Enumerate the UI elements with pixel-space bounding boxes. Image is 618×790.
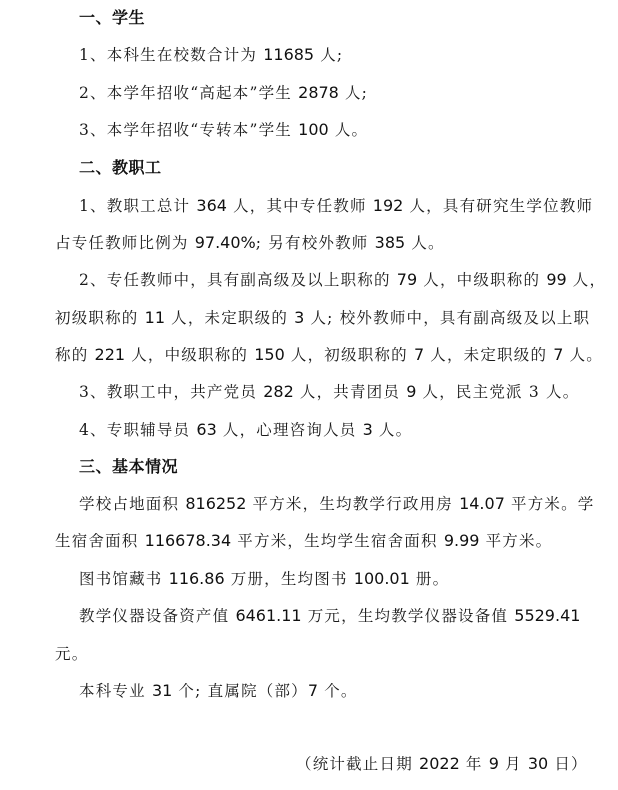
text: 日） [548, 755, 588, 773]
value-221: 221 [95, 345, 126, 364]
section-heading-staff: 二、教职工 [79, 158, 162, 178]
text: 册。 [410, 570, 450, 588]
paragraph-equipment-line1: 教学仪器设备资产值 6461.11 万元，生均教学仪器设备值 5529.41 [79, 606, 580, 626]
text: （统计截止日期 [296, 755, 419, 773]
text: 万册，生均图书 [225, 570, 354, 588]
text: 占专任教师比例为 [55, 234, 195, 252]
text: 人，民主党派 3 人。 [416, 383, 579, 401]
paragraph-campus-area-line1: 学校占地面积 816252 平方米，生均教学行政用房 14.07 平方米。学 [79, 494, 595, 514]
paragraph-party-members: 3、教职工中，共产党员 282 人，共青团员 9 人，民主党派 3 人。 [79, 382, 579, 402]
section-heading-basic-info: 三、基本情况 [79, 457, 178, 477]
paragraph-zhuanzhuanben: 3、本学年招收“专转本”学生 100 人。 [79, 120, 368, 140]
text: 本科专业 [79, 682, 152, 700]
paragraph-titles-line2: 初级职称的 11 人，未定职级的 3 人; 校外教师中，具有副高级及以上职 [55, 308, 590, 328]
text: 人。 [373, 421, 413, 439]
text: 个; 直属院（部） [172, 682, 308, 700]
text: 3、本学年招收“专转本”学生 [79, 121, 298, 139]
value-3: 3 [294, 308, 304, 327]
value-2878: 2878 [298, 83, 339, 102]
text: 教学仪器设备资产值 [79, 607, 235, 625]
text: 人。 [563, 346, 603, 364]
text: 个。 [318, 682, 358, 700]
value-97-40: 97.40% [195, 233, 256, 252]
paragraph-titles-line3: 称的 221 人，中级职称的 150 人，初级职称的 7 人，未定职级的 7 人… [55, 345, 603, 365]
text: 1、教职工总计 [79, 197, 196, 215]
footer-as-of-date: （统计截止日期 2022 年 9 月 30 日） [296, 754, 588, 774]
value-11: 11 [145, 308, 165, 327]
value-100: 100 [298, 120, 329, 139]
text: 人，心理咨询人员 [217, 421, 363, 439]
text: 人，中级职称的 [125, 346, 254, 364]
text: 人。 [405, 234, 445, 252]
document-page: 一、学生 1、本科生在校数合计为 11685 人; 2、本学年招收“高起本”学生… [0, 0, 618, 790]
value-192: 192 [373, 196, 404, 215]
value-385: 385 [375, 233, 406, 252]
text: 平方米。 [479, 532, 552, 550]
text: 图书馆藏书 [79, 570, 169, 588]
value-150: 150 [254, 345, 285, 364]
text: 平方米。学 [505, 495, 595, 513]
paragraph-undergrad-count: 1、本科生在校数合计为 11685 人; [79, 45, 343, 65]
text: 元。 [55, 645, 88, 663]
value-364: 364 [196, 196, 227, 215]
paragraph-campus-area-line2: 生宿舍面积 116678.34 平方米，生均学生宿舍面积 9.99 平方米。 [55, 531, 552, 551]
text: ; 另有校外教师 [256, 234, 375, 252]
paragraph-staff-total-line1: 1、教职工总计 364 人，其中专任教师 192 人，具有研究生学位教师 [79, 196, 593, 216]
text: 学校占地面积 [79, 495, 185, 513]
text: 1、本科生在校数合计为 [79, 46, 263, 64]
value-7: 7 [414, 345, 424, 364]
value-79: 79 [397, 270, 417, 289]
text: 3、教职工中，共产党员 [79, 383, 263, 401]
paragraph-equipment-line2: 元。 [55, 644, 88, 664]
text: 人，中级职称的 [417, 271, 546, 289]
text: 2、本学年招收“高起本”学生 [79, 84, 298, 102]
text: 人，初级职称的 [285, 346, 414, 364]
text: 初级职称的 [55, 309, 145, 327]
paragraph-gaoqiben: 2、本学年招收“高起本”学生 2878 人; [79, 83, 368, 103]
value-7: 7 [308, 681, 318, 700]
value-9: 9 [406, 382, 416, 401]
value-7: 7 [553, 345, 563, 364]
text: 人，共青团员 [294, 383, 406, 401]
text: 万元，生均教学仪器设备值 [302, 607, 515, 625]
text: 生宿舍面积 [55, 532, 145, 550]
value-5529-41: 5529.41 [514, 606, 580, 625]
value-9-99: 9.99 [444, 531, 480, 550]
text: 称的 [55, 346, 95, 364]
value-116678-34: 116678.34 [145, 531, 232, 550]
text: 人; [314, 46, 343, 64]
paragraph-counselors: 4、专职辅导员 63 人，心理咨询人员 3 人。 [79, 420, 412, 440]
value-31: 31 [152, 681, 172, 700]
paragraph-library: 图书馆藏书 116.86 万册，生均图书 100.01 册。 [79, 569, 449, 589]
text: 人; [339, 84, 368, 102]
value-month: 9 [489, 754, 499, 773]
text: 2、专任教师中，具有副高级及以上职称的 [79, 271, 397, 289]
value-11685: 11685 [263, 45, 314, 64]
text: 人; 校外教师中，具有副高级及以上职 [304, 309, 590, 327]
text: 年 [460, 755, 489, 773]
value-6461-11: 6461.11 [235, 606, 301, 625]
value-3: 3 [363, 420, 373, 439]
value-day: 30 [528, 754, 548, 773]
paragraph-staff-total-line2: 占专任教师比例为 97.40%; 另有校外教师 385 人。 [55, 233, 445, 253]
value-63: 63 [196, 420, 216, 439]
text: 人。 [329, 121, 369, 139]
value-14-07: 14.07 [459, 494, 505, 513]
value-282: 282 [263, 382, 294, 401]
paragraph-majors: 本科专业 31 个; 直属院（部）7 个。 [79, 681, 358, 701]
text: 人，具有研究生学位教师 [403, 197, 593, 215]
text: 4、专职辅导员 [79, 421, 196, 439]
value-99: 99 [546, 270, 566, 289]
value-816252: 816252 [185, 494, 246, 513]
text: 人， [567, 271, 607, 289]
text: 人，未定职级的 [165, 309, 294, 327]
text: 平方米，生均教学行政用房 [246, 495, 459, 513]
paragraph-titles-line1: 2、专任教师中，具有副高级及以上职称的 79 人，中级职称的 99 人， [79, 270, 606, 290]
text: 月 [499, 755, 528, 773]
section-heading-students: 一、学生 [79, 8, 145, 28]
text: 平方米，生均学生宿舍面积 [231, 532, 444, 550]
text: 人，未定职级的 [424, 346, 553, 364]
value-100-01: 100.01 [354, 569, 410, 588]
text: 人，其中专任教师 [227, 197, 373, 215]
value-116-86: 116.86 [169, 569, 225, 588]
value-year: 2022 [419, 754, 460, 773]
